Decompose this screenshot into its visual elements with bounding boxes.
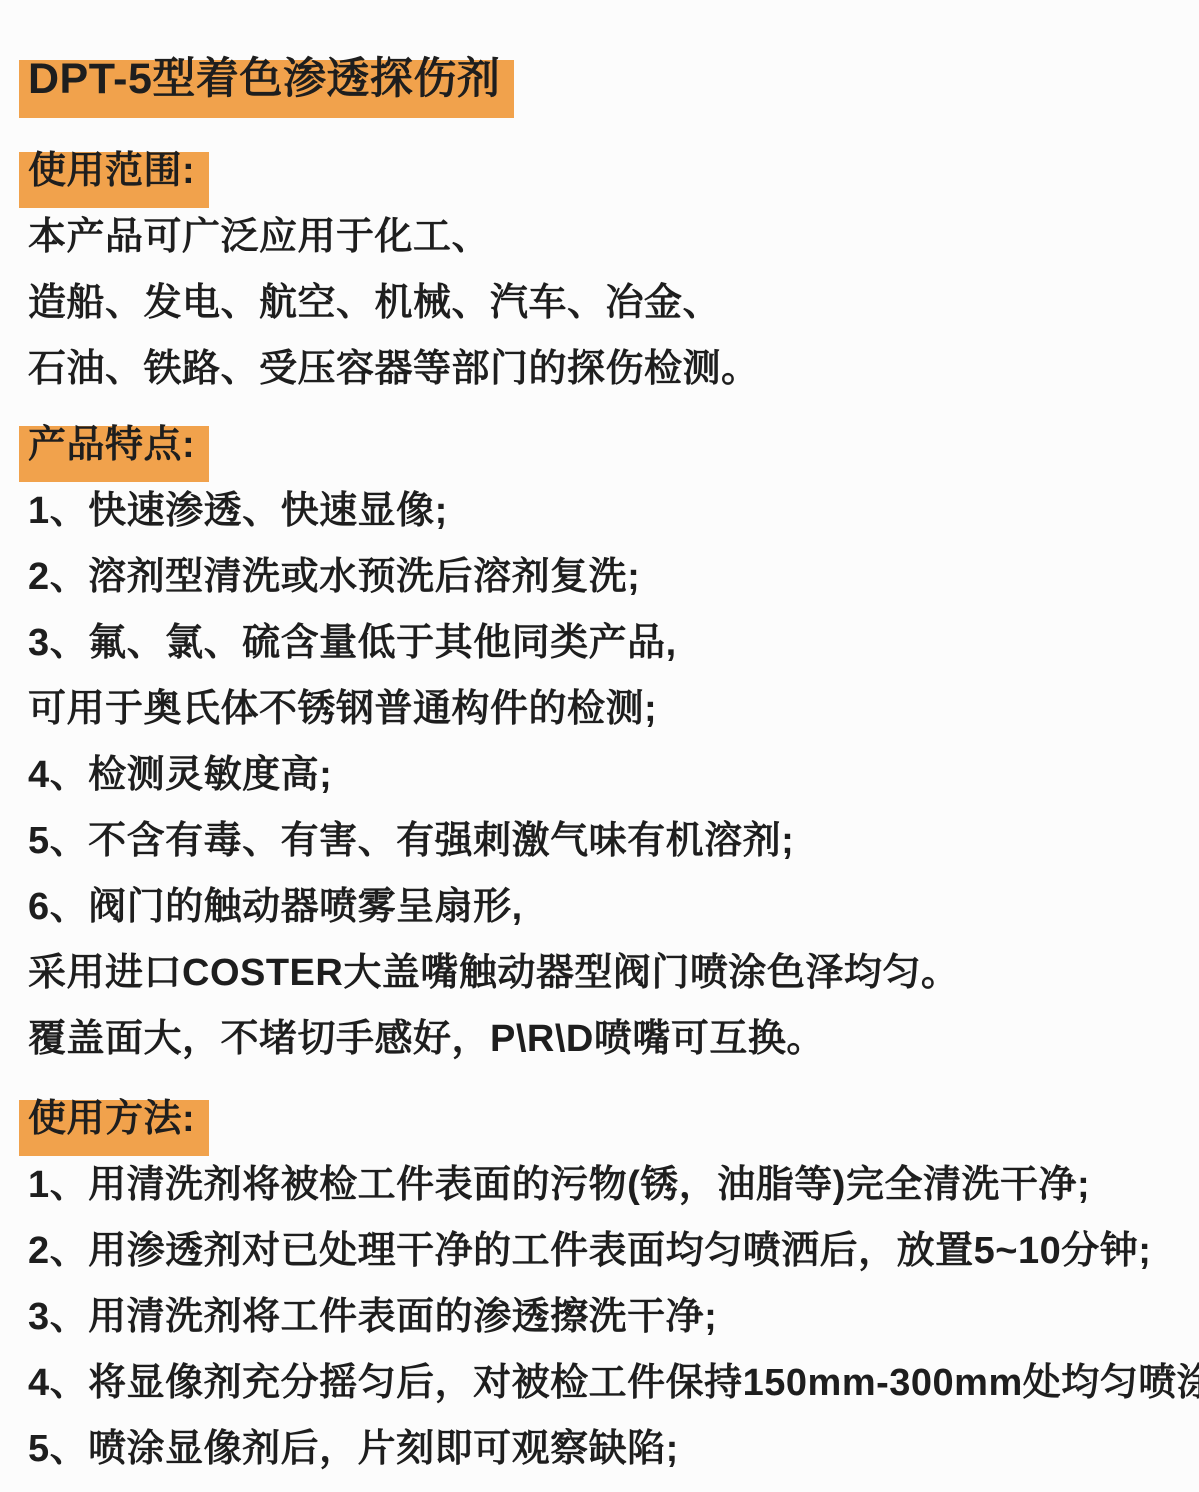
section-usage-scope-heading-line: 使用范围: <box>28 138 1179 204</box>
feature-item-6-continued: 采用进口COSTER大盖嘴触动器型阀门喷涂色泽均匀。 <box>28 940 1179 1006</box>
section-product-features-heading-line: 产品特点: <box>28 412 1179 478</box>
document-title: DPT-5型着色渗透探伤剂 <box>28 44 500 114</box>
section-heading-usage-scope: 使用范围: <box>28 138 195 204</box>
section-usage-method-heading-line: 使用方法: <box>28 1086 1179 1152</box>
method-step-3: 3、用清洗剂将工件表面的渗透擦洗干净; <box>28 1284 1179 1350</box>
feature-item-5: 5、不含有毒、有害、有强刺激气味有机溶剂; <box>28 808 1179 874</box>
method-step-2: 2、用渗透剂对已处理干净的工件表面均匀喷洒后，放置5~10分钟; <box>28 1218 1179 1284</box>
feature-item-3: 3、氟、氯、硫含量低于其他同类产品, <box>28 610 1179 676</box>
product-description-document: DPT-5型着色渗透探伤剂 使用范围: 本产品可广泛应用于化工、 造船、发电、航… <box>0 0 1199 1492</box>
section-heading-product-features: 产品特点: <box>28 412 195 478</box>
method-step-4: 4、将显像剂充分摇匀后，对被检工件保持150mm-300mm处均匀喷涂; <box>28 1350 1179 1416</box>
method-step-1: 1、用清洗剂将被检工件表面的污物(锈，油脂等)完全清洗干净; <box>28 1152 1179 1218</box>
document-title-line: DPT-5型着色渗透探伤剂 <box>28 44 1179 114</box>
feature-item-6-continued-2: 覆盖面大，不堵切手感好，P\R\D喷嘴可互换。 <box>28 1006 1179 1072</box>
feature-item-4: 4、检测灵敏度高; <box>28 742 1179 808</box>
feature-item-3-continued: 可用于奥氏体不锈钢普通构件的检测; <box>28 676 1179 742</box>
feature-item-6: 6、阀门的触动器喷雾呈扇形, <box>28 874 1179 940</box>
feature-item-1: 1、快速渗透、快速显像; <box>28 478 1179 544</box>
text-line: 造船、发电、航空、机械、汽车、冶金、 <box>28 270 1179 336</box>
feature-item-2: 2、溶剂型清洗或水预洗后溶剂复洗; <box>28 544 1179 610</box>
section-heading-usage-method: 使用方法: <box>28 1086 195 1152</box>
method-step-5: 5、喷涂显像剂后，片刻即可观察缺陷; <box>28 1416 1179 1482</box>
text-line: 本产品可广泛应用于化工、 <box>28 204 1179 270</box>
text-line: 石油、铁路、受压容器等部门的探伤检测。 <box>28 336 1179 402</box>
